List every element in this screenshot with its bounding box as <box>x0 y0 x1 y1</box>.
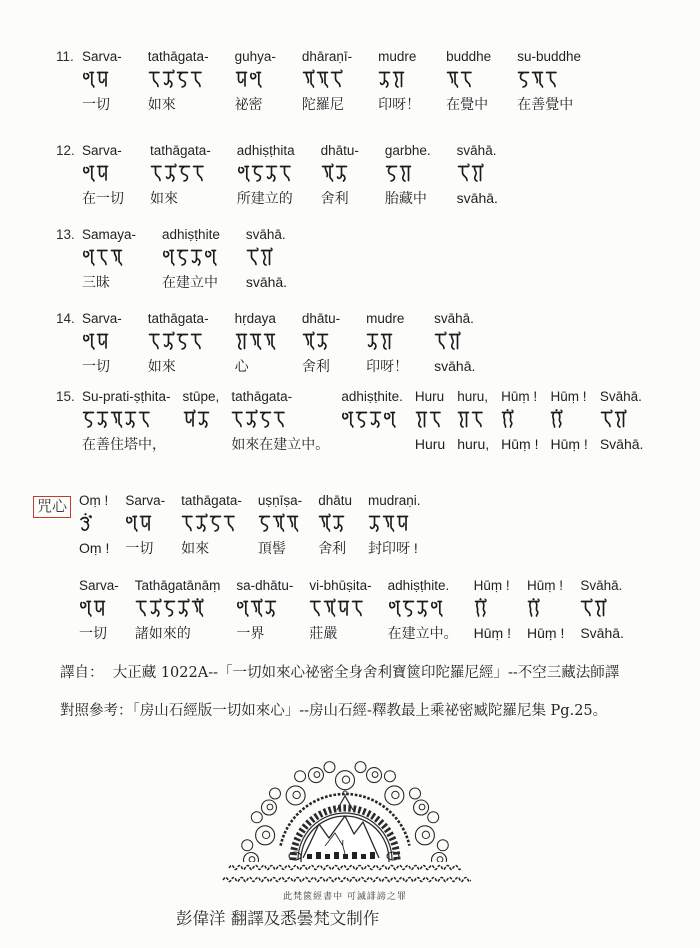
siddham-glyph <box>93 596 106 621</box>
chinese-gloss: 舍利 <box>318 538 352 558</box>
siddham-script <box>150 161 211 187</box>
siddham-glyph <box>446 67 459 92</box>
chinese-gloss: 舍利 <box>321 188 359 208</box>
siddham-glyph <box>245 407 258 432</box>
siddham-glyph <box>149 596 162 621</box>
roman-word: tathāgata- <box>150 142 211 160</box>
siddham-glyph <box>176 329 189 354</box>
siddham-glyph <box>96 245 109 270</box>
chinese-gloss: 封印呀 ! <box>368 538 421 558</box>
siddham-glyph <box>96 67 109 92</box>
siddham-glyph <box>82 161 95 186</box>
siddham-glyph <box>96 161 109 186</box>
chinese-gloss: svāhā. <box>434 356 475 376</box>
roman-word: Oṃ ! <box>79 492 109 510</box>
siddham-glyph <box>614 407 627 432</box>
chinese-gloss: Oṃ ! <box>79 538 109 558</box>
siddham-glyph <box>330 67 343 92</box>
siddham-glyph <box>457 161 470 186</box>
siddham-glyph <box>265 161 278 186</box>
roman-word: guhya- <box>235 48 276 66</box>
chinese-gloss: huru, <box>457 434 489 454</box>
siddham-script <box>148 67 209 93</box>
word-column: Svāhā.Svāhā. <box>580 577 624 643</box>
siddham-glyph <box>249 67 262 92</box>
siddham-glyph <box>531 67 544 92</box>
word-column: tathāgata-如來 <box>148 48 209 114</box>
siddham-glyph <box>323 596 336 621</box>
chinese-gloss: 一切 <box>125 538 165 558</box>
tibetan-script-line <box>229 866 461 870</box>
siddham-script <box>82 161 124 187</box>
siddham-script <box>341 407 403 433</box>
word-column: tathāgata-如來 <box>181 492 242 558</box>
siddham-glyph <box>273 407 286 432</box>
siddham-glyph <box>279 161 292 186</box>
chinese-gloss: 心 <box>235 356 276 376</box>
roman-word: svāhā. <box>457 142 498 160</box>
siddham-script <box>302 67 352 93</box>
siddham-glyph <box>250 596 263 621</box>
siddham-script <box>235 329 276 355</box>
word-column: HuruHuru <box>415 388 445 454</box>
word-column: Hūṃ !Hūṃ ! <box>474 577 511 643</box>
mantra-item: 13.Samaya-三昧adhiṣṭhite在建立中svāhā.svāhā. <box>56 226 287 292</box>
word-column: svāhā.svāhā. <box>457 142 498 208</box>
roman-word: Sarva- <box>82 48 122 66</box>
roman-word: Svāhā. <box>580 577 624 595</box>
siddham-glyph <box>402 596 415 621</box>
roman-word: huru, <box>457 388 489 406</box>
siddham-glyph <box>235 67 248 92</box>
chinese-gloss: 如來 <box>150 188 211 208</box>
siddham-glyph <box>124 407 137 432</box>
roman-word: Samaya- <box>82 226 136 244</box>
siddham-script <box>527 596 564 622</box>
siddham-glyph <box>286 511 299 536</box>
siddham-script <box>183 407 220 433</box>
siddham-glyph <box>416 596 429 621</box>
roman-word: tathāgata- <box>148 310 209 328</box>
word-row: Oṃ !Oṃ !Sarva-一切tathāgata-如來uṣṇīṣa-頂髻dhā… <box>79 492 421 558</box>
chinese-gloss: 印呀！ <box>366 356 408 376</box>
siddham-glyph <box>380 329 393 354</box>
word-column: stūpe, <box>183 388 220 454</box>
roman-word: mudre <box>378 48 420 66</box>
tibetan-script-line <box>223 878 471 882</box>
siddham-script <box>580 596 624 622</box>
roman-word: buddhe <box>446 48 491 66</box>
roman-word: mudraṇi. <box>368 492 421 510</box>
roman-word: tathāgata- <box>148 48 209 66</box>
siddham-glyph <box>316 329 329 354</box>
siddham-glyph <box>594 596 607 621</box>
siddham-glyph <box>580 596 593 621</box>
mantra-heart-label: 咒心 <box>33 496 71 518</box>
roman-word: uṣṇīṣa- <box>258 492 302 510</box>
roman-word: Hūṃ ! <box>550 388 587 406</box>
siddham-glyph <box>399 161 412 186</box>
siddham-script <box>378 67 420 93</box>
word-column: Su-prati-ṣṭhita-在善住塔中， <box>82 388 171 454</box>
siddham-glyph <box>474 596 487 621</box>
word-row: Sarva-一切tathāgata-如來guhya-祕密dhāraṇī-陀羅尼m… <box>82 48 581 114</box>
chinese-gloss: 所建立的 <box>237 188 295 208</box>
siddham-glyph <box>457 407 470 432</box>
word-column: Svāhā.Svāhā. <box>600 388 644 454</box>
siddham-glyph <box>321 161 334 186</box>
siddham-glyph <box>448 329 461 354</box>
siddham-script <box>236 596 293 622</box>
siddham-glyph <box>162 67 175 92</box>
siddham-script <box>162 245 220 271</box>
roman-word: adhiṣṭhita <box>237 142 295 160</box>
chinese-gloss: 在建立中 <box>162 272 220 292</box>
siddham-glyph <box>176 245 189 270</box>
siddham-glyph <box>382 511 395 536</box>
siddham-glyph <box>517 67 530 92</box>
document-page: 11.Sarva-一切tathāgata-如來guhya-祕密dhāraṇī-陀… <box>0 0 700 948</box>
siddham-glyph <box>191 596 204 621</box>
roman-word: adhiṣṭhite <box>162 226 220 244</box>
word-row: Su-prati-ṣṭhita-在善住塔中，stūpe,tathāgata-如來… <box>82 388 643 454</box>
word-column: mudraṇi.封印呀 ! <box>368 492 421 558</box>
chinese-gloss: Svāhā. <box>580 623 624 643</box>
siddham-glyph <box>125 511 138 536</box>
siddham-glyph <box>96 407 109 432</box>
siddham-script <box>79 596 119 622</box>
roman-word: vi-bhūṣita- <box>309 577 371 595</box>
siddham-glyph <box>162 329 175 354</box>
word-row: Sarva-在一切tathāgata-如來adhiṣṭhita所建立的dhātu… <box>82 142 498 208</box>
chinese-gloss: 如來在建立中。 <box>231 434 329 454</box>
siddham-glyph <box>164 161 177 186</box>
siddham-glyph <box>162 245 175 270</box>
siddham-script <box>457 161 498 187</box>
word-column: mudre印呀！ <box>378 48 420 114</box>
siddham-script <box>501 407 538 433</box>
siddham-glyph <box>183 407 196 432</box>
word-column: Tathāgatānāṃ諸如來的 <box>135 577 221 643</box>
chinese-gloss: 在覺中 <box>446 94 491 114</box>
siddham-glyph <box>82 67 95 92</box>
siddham-script <box>79 511 109 537</box>
siddham-script <box>457 407 489 433</box>
siddham-script <box>318 511 352 537</box>
chinese-gloss: 祕密 <box>235 94 276 114</box>
siddham-glyph <box>236 596 249 621</box>
roman-word: su-buddhe <box>517 48 581 66</box>
siddham-glyph <box>396 511 409 536</box>
word-column: sa-dhātu-一界 <box>236 577 293 643</box>
item-number: 13. <box>56 226 82 242</box>
siddham-script <box>237 161 295 187</box>
siddham-glyph <box>263 329 276 354</box>
roman-word: adhiṣṭhite. <box>341 388 403 406</box>
siddham-glyph <box>150 161 163 186</box>
roman-word: dhāraṇī- <box>302 48 352 66</box>
word-column: tathāgata-如來 <box>150 142 211 208</box>
roman-word: Sarva- <box>79 577 119 595</box>
chinese-gloss: 如來 <box>148 94 209 114</box>
siddham-glyph <box>272 511 285 536</box>
siddham-script <box>181 511 242 537</box>
chinese-gloss: 胎藏中 <box>385 188 431 208</box>
roman-word: Tathāgatānāṃ <box>135 577 221 595</box>
word-column: adhiṣṭhite在建立中 <box>162 226 220 292</box>
siddham-glyph <box>209 511 222 536</box>
word-row: Sarva-一切tathāgata-如來hṛdaya心dhātu-舍利mudre… <box>82 310 475 376</box>
mantra-item: 12.Sarva-在一切tathāgata-如來adhiṣṭhita所建立的dh… <box>56 142 498 208</box>
siddham-glyph <box>341 407 354 432</box>
siddham-glyph <box>249 329 262 354</box>
heart-mantra-row: Sarva-一切Tathāgatānāṃ諸如來的sa-dhātu-一界vi-bh… <box>79 577 624 643</box>
siddham-glyph <box>351 596 364 621</box>
word-column: Sarva-一切 <box>82 310 122 376</box>
siddham-script <box>385 161 431 187</box>
word-column: Sarva-在一切 <box>82 142 124 208</box>
citation-source: 譯自： 大正藏 1022A--「一切如來心祕密全身舍利寶篋印陀羅尼經」--不空三… <box>60 663 619 683</box>
siddham-glyph <box>378 67 391 92</box>
siddham-glyph <box>550 407 563 432</box>
siddham-script <box>474 596 511 622</box>
chinese-gloss: Hūṃ ! <box>474 623 511 643</box>
roman-word: Hūṃ ! <box>527 577 564 595</box>
siddham-glyph <box>181 511 194 536</box>
chinese-gloss: svāhā. <box>246 272 287 292</box>
chinese-gloss: 頂髻 <box>258 538 302 558</box>
siddham-glyph <box>471 407 484 432</box>
siddham-glyph <box>600 407 613 432</box>
word-column: dhātu-舍利 <box>321 142 359 208</box>
siddham-glyph <box>237 161 250 186</box>
siddham-glyph <box>527 596 540 621</box>
siddham-glyph <box>204 245 217 270</box>
siddham-glyph <box>460 67 473 92</box>
siddham-glyph <box>251 161 264 186</box>
siddham-script <box>258 511 302 537</box>
siddham-glyph <box>355 407 368 432</box>
roman-word: Sarva- <box>82 142 124 160</box>
siddham-script <box>368 511 421 537</box>
siddham-glyph <box>235 329 248 354</box>
word-column: Hūṃ !Hūṃ ! <box>527 577 564 643</box>
siddham-script <box>82 407 171 433</box>
siddham-glyph <box>79 596 92 621</box>
siddham-glyph <box>430 596 443 621</box>
siddham-glyph <box>471 161 484 186</box>
word-column: vi-bhūṣita-莊嚴 <box>309 577 371 643</box>
seal-caption: 此梵篋經書中 可滅誹謗之罪 <box>219 891 471 903</box>
siddham-glyph <box>264 596 277 621</box>
roman-word: tathāgata- <box>181 492 242 510</box>
word-column: adhiṣṭhite. <box>341 388 403 454</box>
siddham-glyph <box>434 329 447 354</box>
word-column: adhiṣṭhite.在建立中。 <box>388 577 458 643</box>
word-column: dhāraṇī-陀羅尼 <box>302 48 352 114</box>
siddham-script <box>366 329 408 355</box>
siddham-glyph <box>332 511 345 536</box>
siddham-glyph <box>501 407 514 432</box>
siddham-glyph <box>82 329 95 354</box>
siddham-glyph <box>259 407 272 432</box>
siddham-glyph <box>192 161 205 186</box>
roman-word: dhātu <box>318 492 352 510</box>
chinese-gloss: 在善住塔中， <box>82 434 171 454</box>
word-column: Sarva-一切 <box>79 577 119 643</box>
siddham-glyph <box>369 407 382 432</box>
roman-word: stūpe, <box>183 388 220 406</box>
siddham-script <box>235 67 276 93</box>
word-column: uṣṇīṣa-頂髻 <box>258 492 302 558</box>
siddham-glyph <box>135 596 148 621</box>
siddham-glyph <box>82 245 95 270</box>
siddham-glyph <box>138 407 151 432</box>
item-number: 14. <box>56 310 82 326</box>
roman-word: Hūṃ ! <box>501 388 538 406</box>
mantra-item: 14.Sarva-一切tathāgata-如來hṛdaya心dhātu-舍利mu… <box>56 310 475 376</box>
siddham-glyph <box>177 596 190 621</box>
siddham-glyph <box>110 407 123 432</box>
siddham-script <box>82 329 122 355</box>
item-number: 12. <box>56 142 82 158</box>
siddham-glyph <box>388 596 401 621</box>
word-column: Hūṃ !Hūṃ ! <box>550 388 587 454</box>
chinese-gloss: Huru <box>415 434 445 454</box>
siddham-glyph <box>82 407 95 432</box>
word-column: Samaya-三昧 <box>82 226 136 292</box>
chinese-gloss: 舍利 <box>302 356 340 376</box>
chinese-gloss: 在建立中。 <box>388 623 458 643</box>
siddham-script <box>231 407 329 433</box>
item-number: 11. <box>56 48 82 64</box>
siddham-glyph <box>96 329 109 354</box>
chinese-gloss: 一界 <box>236 623 293 643</box>
siddham-glyph <box>178 161 191 186</box>
siddham-glyph <box>385 161 398 186</box>
siddham-glyph <box>318 511 331 536</box>
chinese-gloss: 陀羅尼 <box>302 94 352 114</box>
word-column: guhya-祕密 <box>235 48 276 114</box>
word-column: Sarva-一切 <box>125 492 165 558</box>
word-column: huru,huru, <box>457 388 489 454</box>
siddham-glyph <box>195 511 208 536</box>
roman-word: Huru <box>415 388 445 406</box>
chinese-gloss: 莊嚴 <box>309 623 371 643</box>
chinese-gloss: Hūṃ ! <box>501 434 538 454</box>
mantra-item: 15.Su-prati-ṣṭhita-在善住塔中，stūpe,tathāgata… <box>56 388 643 454</box>
chinese-gloss: Svāhā. <box>600 434 644 454</box>
siddham-glyph <box>302 329 315 354</box>
chinese-gloss: svāhā. <box>457 188 498 208</box>
word-column: dhātu-舍利 <box>302 310 340 376</box>
siddham-script <box>82 245 136 271</box>
siddham-glyph <box>545 67 558 92</box>
siddham-glyph <box>337 596 350 621</box>
siddham-glyph <box>148 329 161 354</box>
word-column: dhātu舍利 <box>318 492 352 558</box>
word-column: tathāgata-如來 <box>148 310 209 376</box>
siddham-script <box>135 596 221 622</box>
siddham-script <box>600 407 644 433</box>
siddham-script <box>309 596 371 622</box>
siddham-glyph <box>302 67 315 92</box>
chinese-gloss: 在善覺中 <box>517 94 581 114</box>
word-column: buddhe在覺中 <box>446 48 491 114</box>
siddham-glyph <box>335 161 348 186</box>
word-row: Sarva-一切Tathāgatānāṃ諸如來的sa-dhātu-一界vi-bh… <box>79 577 624 643</box>
mantra-item: 11.Sarva-一切tathāgata-如來guhya-祕密dhāraṇī-陀… <box>56 48 581 114</box>
siddham-glyph <box>258 511 271 536</box>
word-column: Oṃ !Oṃ ! <box>79 492 109 558</box>
siddham-glyph <box>368 511 381 536</box>
siddham-glyph <box>260 245 273 270</box>
siddham-glyph <box>163 596 176 621</box>
chinese-gloss: 印呀！ <box>378 94 420 114</box>
siddham-glyph <box>309 596 322 621</box>
roman-word: dhātu- <box>302 310 340 328</box>
siddham-script <box>321 161 359 187</box>
roman-word: Sarva- <box>125 492 165 510</box>
siddham-script <box>550 407 587 433</box>
chinese-gloss: 諸如來的 <box>135 623 221 643</box>
dharma-seal-emblem <box>219 760 471 886</box>
siddham-glyph <box>197 407 210 432</box>
roman-word: Su-prati-ṣṭhita- <box>82 388 171 406</box>
siddham-glyph <box>231 407 244 432</box>
word-column: su-buddhe在善覺中 <box>517 48 581 114</box>
roman-word: svāhā. <box>434 310 475 328</box>
word-column: adhiṣṭhita所建立的 <box>237 142 295 208</box>
siddham-glyph <box>316 67 329 92</box>
siddham-glyph <box>223 511 236 536</box>
roman-word: garbhe. <box>385 142 431 160</box>
chinese-gloss: 三昧 <box>82 272 136 292</box>
roman-word: hṛdaya <box>235 310 276 328</box>
roman-word: Svāhā. <box>600 388 644 406</box>
siddham-glyph <box>110 245 123 270</box>
item-number: 15. <box>56 388 82 404</box>
word-column: Sarva-一切 <box>82 48 122 114</box>
siddham-glyph <box>246 245 259 270</box>
word-column: garbhe.胎藏中 <box>385 142 431 208</box>
roman-word: Sarva- <box>82 310 122 328</box>
siddham-glyph <box>79 511 92 536</box>
roman-word: tathāgata- <box>231 388 329 406</box>
siddham-script <box>388 596 458 622</box>
chinese-gloss: 如來 <box>181 538 242 558</box>
translator-credit: 彭偉洋 翻譯及悉曇梵文制作 <box>176 908 379 930</box>
chinese-gloss: 一切 <box>82 94 122 114</box>
chinese-gloss: 在一切 <box>82 188 124 208</box>
siddham-script <box>148 329 209 355</box>
word-column: svāhā.svāhā. <box>246 226 287 292</box>
siddham-script <box>302 329 340 355</box>
siddham-glyph <box>190 329 203 354</box>
chinese-gloss: 如來 <box>148 356 209 376</box>
siddham-glyph <box>415 407 428 432</box>
siddham-script <box>415 407 445 433</box>
siddham-glyph <box>190 245 203 270</box>
citation-reference: 對照參考：「房山石經版一切如來心」--房山石經-釋教最上乘祕密臧陀羅尼集 Pg.… <box>60 701 607 721</box>
roman-word: Hūṃ ! <box>474 577 511 595</box>
siddham-script <box>517 67 581 93</box>
word-column: Hūṃ !Hūṃ ! <box>501 388 538 454</box>
siddham-glyph <box>176 67 189 92</box>
chinese-gloss: 一切 <box>79 623 119 643</box>
word-column: mudre印呀！ <box>366 310 408 376</box>
roman-word: sa-dhātu- <box>236 577 293 595</box>
